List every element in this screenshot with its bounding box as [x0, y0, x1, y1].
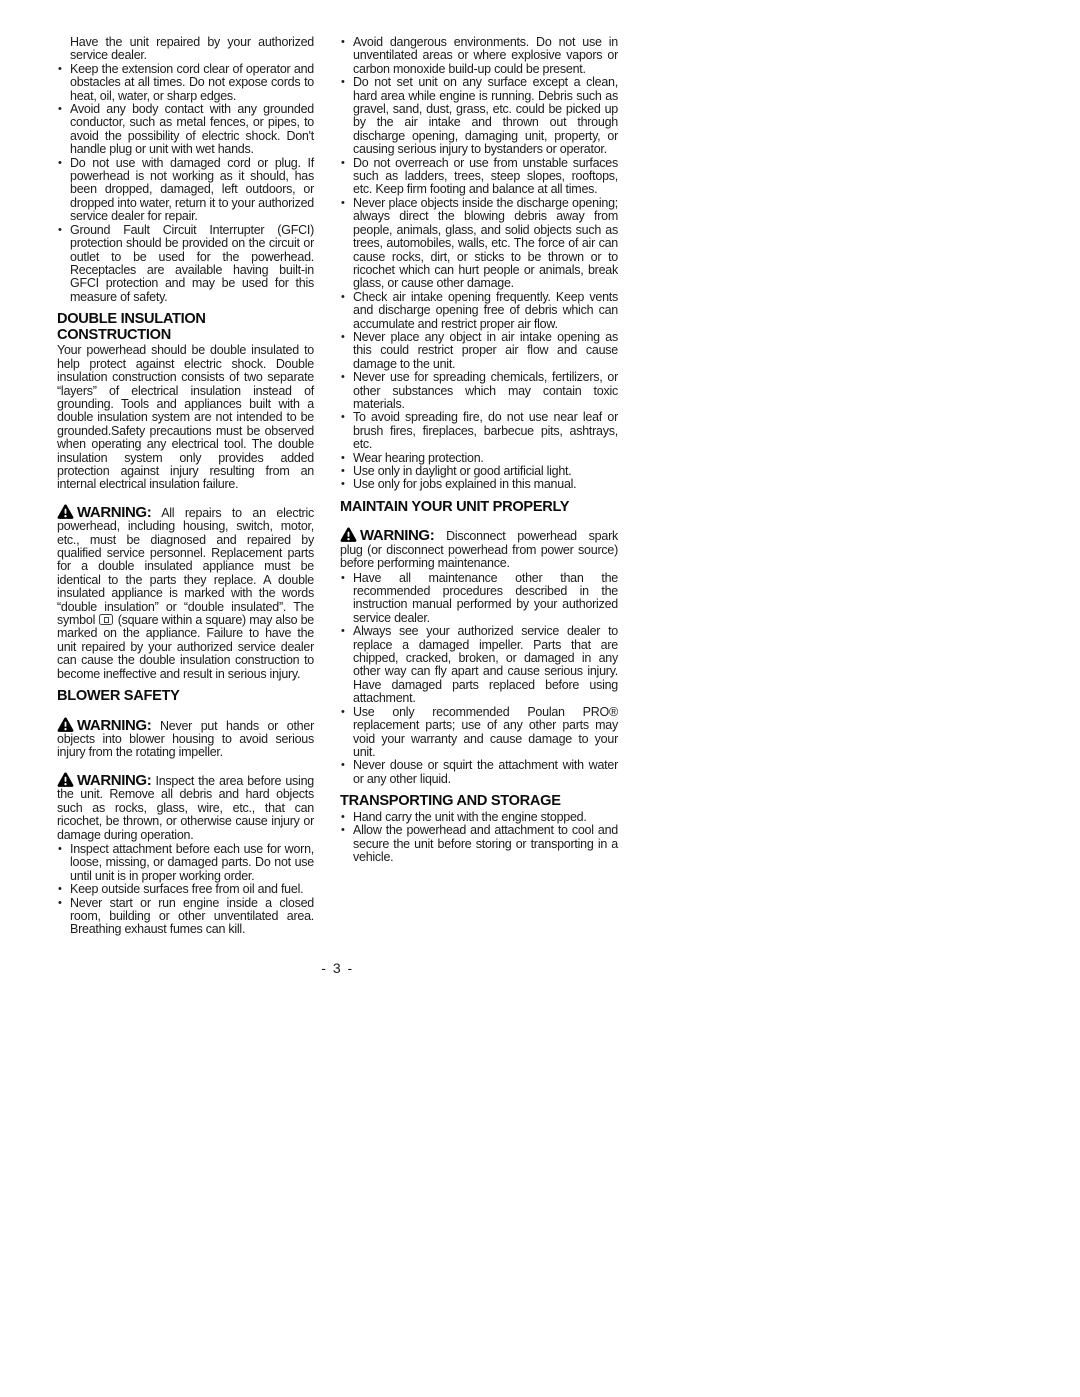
warning-triangle-icon: [57, 717, 74, 733]
bullet-icon: •: [341, 291, 345, 304]
continuation-paragraph: Have the unit repaired by your authorize…: [57, 36, 314, 63]
list-item: • Hand carry the unit with the engine st…: [340, 811, 618, 824]
bullet-icon: •: [341, 411, 345, 424]
list-item-text: Keep the extension cord clear of operato…: [70, 62, 314, 103]
bullet-icon: •: [341, 331, 345, 344]
list-item: • Never start or run engine inside a clo…: [57, 897, 314, 937]
bullet-icon: •: [341, 625, 345, 638]
list-item-text: Have all maintenance other than the reco…: [353, 571, 618, 625]
page-number: - 3 -: [57, 960, 618, 976]
list-item-text: Keep outside surfaces free from oil and …: [70, 882, 303, 896]
list-item-text: Avoid dangerous environments. Do not use…: [353, 35, 618, 76]
list-item-text: Use only for jobs explained in this manu…: [353, 477, 576, 491]
list-item-text: Use only recommended Poulan PRO® replace…: [353, 705, 618, 759]
list-item-text: Do not overreach or use from unstable su…: [353, 156, 618, 197]
warning-triangle-icon: [340, 527, 357, 543]
list-item: • Always see your authorized service dea…: [340, 625, 618, 705]
bullet-icon: •: [341, 706, 345, 719]
list-item: • Do not overreach or use from unstable …: [340, 157, 618, 197]
bullet-icon: •: [341, 36, 345, 49]
list-item-text: Always see your authorized service deale…: [353, 624, 618, 705]
bullet-icon: •: [341, 76, 345, 89]
list-item-text: Use only in daylight or good artificial …: [353, 464, 571, 478]
list-item: • Wear hearing protection.: [340, 452, 618, 465]
bullet-icon: •: [341, 371, 345, 384]
bullet-icon: •: [341, 478, 345, 491]
warning-maintenance: WARNING: Disconnect powerhead spark plug…: [340, 527, 618, 570]
list-item-text: Avoid any body contact with any grounded…: [70, 102, 314, 156]
list-item-text: Ground Fault Circuit Interrupter (GFCI) …: [70, 223, 314, 304]
bullet-icon: •: [58, 103, 62, 116]
warning-repairs: WARNING: All repairs to an electric powe…: [57, 504, 314, 681]
bullet-icon: •: [58, 897, 62, 910]
list-item: • Inspect attachment before each use for…: [57, 843, 314, 883]
bullet-icon: •: [341, 157, 345, 170]
bullet-icon: •: [341, 452, 345, 465]
list-item: • Never place any object in air intake o…: [340, 331, 618, 371]
warning-text: (square within a square) may also be mar…: [57, 613, 314, 681]
list-item: • Have all maintenance other than the re…: [340, 572, 618, 626]
list-item: • Keep outside surfaces free from oil an…: [57, 883, 314, 896]
list-item-text: Allow the powerhead and attachment to co…: [353, 823, 618, 864]
warning-triangle-icon: [57, 772, 74, 788]
double-insulation-symbol-inner: [104, 617, 110, 623]
list-item-text: Check air intake opening frequently. Kee…: [353, 290, 618, 331]
bullet-icon: •: [58, 63, 62, 76]
list-item-text: To avoid spreading fire, do not use near…: [353, 410, 618, 451]
bullet-icon: •: [341, 465, 345, 478]
list-item: • Never use for spreading chemicals, fer…: [340, 371, 618, 411]
bullet-icon: •: [341, 759, 345, 772]
left-column: Have the unit repaired by your authorize…: [57, 36, 314, 937]
list-item: • Allow the powerhead and attachment to …: [340, 824, 618, 864]
section-heading-maintain: MAINTAIN YOUR UNIT PROPERLY: [340, 500, 618, 516]
list-item: • Avoid any body contact with any ground…: [57, 103, 314, 157]
list-item-text: Do not use with damaged cord or plug. If…: [70, 156, 314, 224]
list-item: • Use only recommended Poulan PRO® repla…: [340, 706, 618, 760]
list-item: • Keep the extension cord clear of opera…: [57, 63, 314, 103]
bullet-icon: •: [58, 843, 62, 856]
list-item: • Check air intake opening frequently. K…: [340, 291, 618, 331]
list-item-text: Never place any object in air intake ope…: [353, 330, 618, 371]
list-item: • Never place objects inside the dischar…: [340, 197, 618, 291]
warning-hands: WARNING: Never put hands or other object…: [57, 717, 314, 760]
warning-triangle-icon: [57, 504, 74, 520]
list-item-text: Never douse or squirt the attachment wit…: [353, 758, 618, 785]
right-column: • Avoid dangerous environments. Do not u…: [340, 36, 618, 864]
double-insulation-body: Your powerhead should be double insulate…: [57, 344, 314, 491]
bullet-icon: •: [341, 572, 345, 585]
list-item-text: Never start or run engine inside a close…: [70, 896, 314, 937]
list-item: • Do not use with damaged cord or plug. …: [57, 157, 314, 224]
list-item-text: Never use for spreading chemicals, ferti…: [353, 370, 618, 411]
list-item-text: Wear hearing protection.: [353, 451, 484, 465]
list-item: • Use only for jobs explained in this ma…: [340, 478, 618, 491]
list-item-text: Never place objects inside the discharge…: [353, 196, 618, 290]
list-item: • Avoid dangerous environments. Do not u…: [340, 36, 618, 76]
list-item: • To avoid spreading fire, do not use ne…: [340, 411, 618, 451]
list-item-text: Do not set unit on any surface except a …: [353, 75, 618, 156]
bullet-icon: •: [341, 824, 345, 837]
list-item: • Do not set unit on any surface except …: [340, 76, 618, 156]
list-item: • Ground Fault Circuit Interrupter (GFCI…: [57, 224, 314, 304]
section-heading-double-insulation: DOUBLE INSULATION CONSTRUCTION: [57, 312, 314, 343]
bullet-icon: •: [341, 197, 345, 210]
section-heading-blower-safety: BLOWER SAFETY: [57, 689, 314, 705]
section-heading-transporting: TRANSPORTING AND STORAGE: [340, 794, 618, 810]
list-item: • Never douse or squirt the attachment w…: [340, 759, 618, 786]
list-item-text: Inspect attachment before each use for w…: [70, 842, 314, 883]
bullet-icon: •: [58, 224, 62, 237]
list-item: • Use only in daylight or good artificia…: [340, 465, 618, 478]
bullet-icon: •: [58, 883, 62, 896]
bullet-icon: •: [341, 811, 345, 824]
bullet-icon: •: [58, 157, 62, 170]
list-item-text: Hand carry the unit with the engine stop…: [353, 810, 587, 824]
warning-text: All repairs to an electric powerhead, in…: [57, 506, 314, 627]
double-insulation-symbol: [99, 614, 113, 625]
warning-inspect: WARNING: Inspect the area before using t…: [57, 772, 314, 842]
